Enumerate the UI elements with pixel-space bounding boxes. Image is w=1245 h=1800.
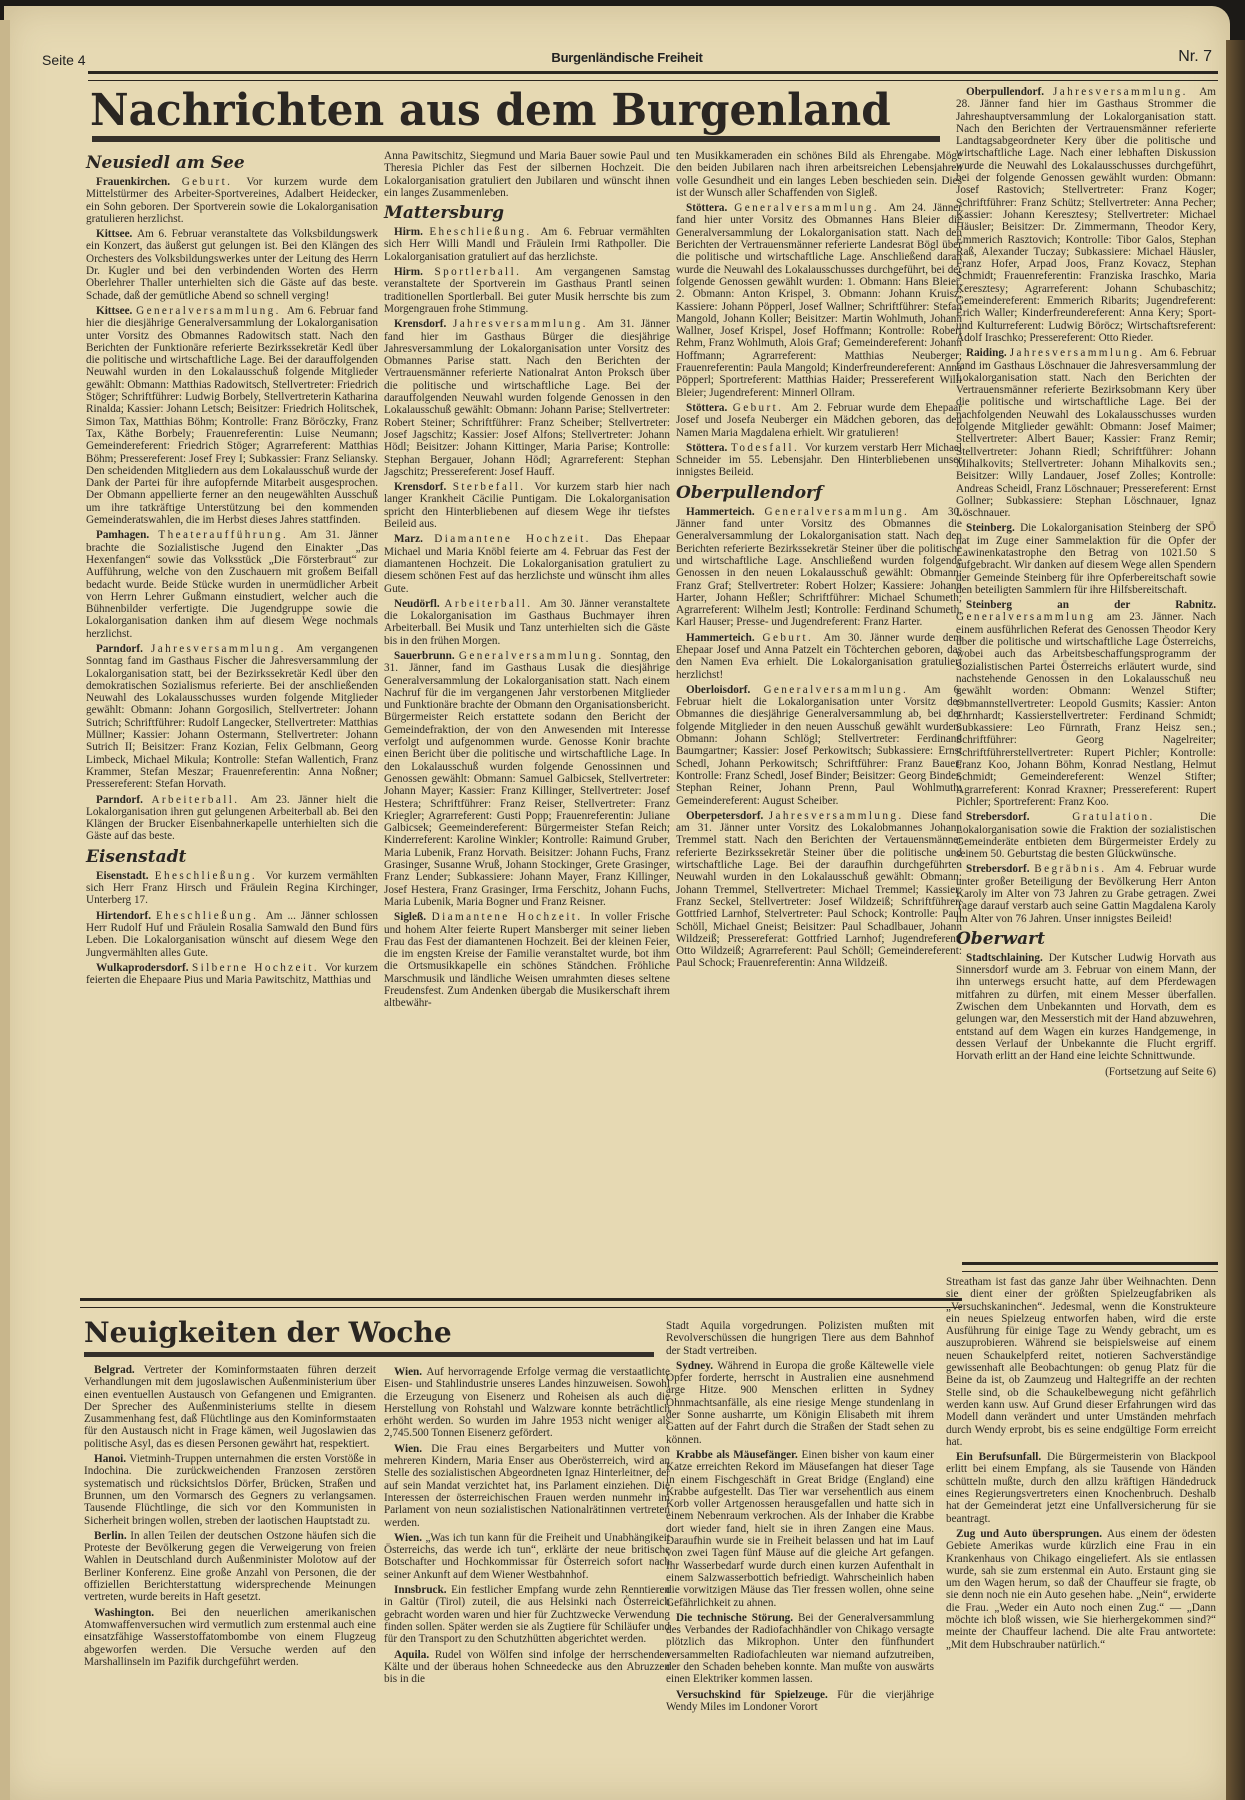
news-item: Hirtendorf. Eheschließung. Am ... Jänner… bbox=[86, 910, 378, 959]
news-item: Wien. Auf hervorragende Erfolge vermag d… bbox=[384, 1366, 670, 1440]
item-place: Hirtendorf. bbox=[96, 910, 156, 922]
item-place: Stadtschlaining. bbox=[966, 952, 1049, 964]
item-kind: Jahresversammlung. bbox=[1010, 347, 1150, 359]
news-title-underline bbox=[84, 1352, 654, 1357]
item-kind: Diamantene Hochzeit. bbox=[434, 533, 604, 545]
page-binding-strip bbox=[0, 20, 10, 1800]
section-title-burgenland: Nachrichten aus dem Burgenland bbox=[90, 86, 891, 136]
news-item: Stöttera. Geburt. Am 2. Februar wurde de… bbox=[676, 402, 962, 439]
item-place: Innsbruck. bbox=[394, 1584, 451, 1596]
news-item: Berlin. In allen Teilen der deutschen Os… bbox=[84, 1530, 376, 1604]
news-item: Krensdorf. Sterbefall. Vor kurzem starb … bbox=[384, 481, 670, 530]
item-place: Sauerbrunn. bbox=[394, 650, 459, 662]
item-kind: Diamantene Hochzeit. bbox=[432, 911, 591, 923]
district-heading: Neusiedl am See bbox=[86, 152, 378, 174]
item-place: Krensdorf. bbox=[394, 481, 453, 493]
news-item: Neudörfl. Arbeiterball. Am 30. Jänner ve… bbox=[384, 598, 670, 647]
section-divider-right bbox=[962, 1262, 1218, 1272]
item-text: Der Kutscher Ludwig Horvath aus Sinnersd… bbox=[956, 952, 1216, 1062]
item-kind: Begräbnis. bbox=[1034, 863, 1113, 875]
item-text: Am 28. Jänner fand hier im Gasthaus Stro… bbox=[956, 86, 1216, 344]
item-place: Parndorf. bbox=[96, 794, 151, 806]
news-item: Oberpetersdorf. Jahresversammlung. Diese… bbox=[676, 810, 962, 970]
item-kind: Sportlerball. bbox=[434, 266, 535, 278]
item-place: Hirm. bbox=[394, 226, 429, 238]
item-place: Wien. bbox=[394, 1532, 425, 1544]
news-item: Sigleß. Diamantene Hochzeit. In voller F… bbox=[384, 911, 670, 1009]
district-heading: Mattersburg bbox=[384, 202, 670, 224]
item-kind: Gratulation. bbox=[1072, 811, 1200, 823]
item-place: Die technische Störung. bbox=[676, 1612, 798, 1624]
item-place: Parndorf. bbox=[96, 643, 151, 655]
item-place: Frauenkirchen. bbox=[96, 176, 182, 188]
news-item: Marz. Diamantene Hochzeit. Das Ehepaar M… bbox=[384, 533, 670, 594]
page-edge-shadow bbox=[1226, 40, 1245, 1800]
item-text: Am 24. Jänner fand hier unter Vorsitz de… bbox=[676, 202, 962, 398]
item-kind: Theateraufführung. bbox=[158, 529, 299, 541]
item-place: Eisenstadt. bbox=[96, 870, 155, 882]
news-item: Parndorf. Jahresversammlung. Am vergange… bbox=[86, 643, 378, 791]
column-oberpullendorf: ten Musikkameraden ein schönes Bild als … bbox=[676, 150, 962, 973]
news-item: Hirm. Sportlerball. Am vergangenen Samst… bbox=[384, 266, 670, 315]
item-kind: Generalversammlung bbox=[956, 611, 1107, 623]
news-item: Krabbe als Mäusefänger. Einen bisher von… bbox=[666, 1449, 934, 1609]
news-item: Stöttera. Todesfall. Vor kurzem verstarb… bbox=[676, 442, 962, 479]
item-place: Hammerteich. bbox=[686, 632, 763, 644]
item-place: Kittsee. bbox=[96, 228, 137, 240]
continued-text: Stadt Aquila vorgedrungen. Polizisten mu… bbox=[666, 1320, 934, 1357]
news-item: Ein Berufsunfall. Die Bürgermeisterin vo… bbox=[946, 1451, 1216, 1525]
item-place: Stöttera. bbox=[686, 442, 731, 454]
column-neusiedl: Neusiedl am SeeFrauenkirchen. Geburt. Vo… bbox=[86, 150, 378, 989]
news-item: Sydney. Während in Europa die große Kält… bbox=[666, 1360, 934, 1446]
item-kind: Eheschließung. bbox=[429, 226, 540, 238]
news-item: Innsbruck. Ein festlicher Empfang wurde … bbox=[384, 1584, 670, 1645]
item-kind: Jahresversammlung. bbox=[769, 810, 912, 822]
item-text: Am 31. Jänner brachte die Sozialistische… bbox=[86, 529, 378, 639]
item-text: Einen bisher von kaum einer Katze erreic… bbox=[666, 1449, 934, 1609]
item-place: Hanoi. bbox=[94, 1453, 129, 1465]
continued-text: ten Musikkameraden ein schönes Bild als … bbox=[676, 150, 962, 199]
item-kind: Eheschließung. bbox=[156, 910, 266, 922]
news-item: Wien. Die Frau eines Bergarbeiters und M… bbox=[384, 1443, 670, 1529]
item-place: Neudörfl. bbox=[394, 598, 444, 610]
news-item: Kittsee. Am 6. Februar veranstaltete das… bbox=[86, 228, 378, 302]
item-kind: Geburt. bbox=[182, 176, 247, 188]
item-text: Am 31. Jänner fand hier im Gasthaus Bürg… bbox=[384, 318, 670, 478]
news-item: Steinberg an der Rabnitz. Generalversamm… bbox=[956, 599, 1216, 808]
item-text: Vertreter der Kominformstaaten führen de… bbox=[84, 1364, 376, 1450]
column-right: Oberpullendorf. Jahresversammlung. Am 28… bbox=[956, 86, 1216, 1078]
item-place: Krensdorf. bbox=[394, 318, 453, 330]
news-item: Hammerteich. Geburt. Am 30. Jänner wurde… bbox=[676, 632, 962, 681]
district-heading: Oberpullendorf bbox=[676, 482, 962, 504]
news-column-4: Streatham ist fast das ganze Jahr über W… bbox=[946, 1276, 1216, 1654]
section-divider bbox=[80, 1298, 962, 1308]
news-item: Versuchskind für Spielzeuge. Für die vie… bbox=[666, 1689, 934, 1714]
news-item: Washington. Bei den neuerlichen amerikan… bbox=[84, 1607, 376, 1668]
item-place: Krabbe als Mäusefänger. bbox=[676, 1449, 802, 1461]
news-item: Raiding. Jahresversammlung. Am 6. Februa… bbox=[956, 347, 1216, 519]
item-kind: Silberne Hochzeit. bbox=[192, 962, 325, 974]
item-place: Steinberg. bbox=[966, 522, 1020, 534]
news-item: Zug und Auto übersprungen. Aus einem der… bbox=[946, 1528, 1216, 1651]
item-text: Während in Europa die große Kältewelle v… bbox=[666, 1360, 934, 1446]
item-place: Aquila. bbox=[394, 1649, 435, 1661]
item-kind: Sterbefall. bbox=[453, 481, 535, 493]
item-kind: Arbeiterball. bbox=[151, 794, 250, 806]
district-heading: Oberwart bbox=[956, 928, 1216, 950]
news-item: Steinberg. Die Lokalorganisation Steinbe… bbox=[956, 522, 1216, 596]
item-text: Sonntag, den 31. Jänner, fand im Gasthau… bbox=[384, 650, 670, 908]
news-item: Sauerbrunn. Generalversammlung. Sonntag,… bbox=[384, 650, 670, 908]
item-place: Strebersdorf. bbox=[966, 863, 1034, 875]
news-item: Hammerteich. Generalversammlung. Am 30. … bbox=[676, 506, 962, 629]
item-kind: Jahresversammlung. bbox=[1053, 86, 1199, 98]
item-place: Hirm. bbox=[394, 266, 434, 278]
item-kind: Arbeiterball. bbox=[444, 598, 539, 610]
item-kind: Eheschließung. bbox=[155, 870, 266, 882]
news-column-2: Wien. Auf hervorragende Erfolge vermag d… bbox=[384, 1366, 670, 1688]
news-item: Parndorf. Arbeiterball. Am 23. Jänner hi… bbox=[86, 794, 378, 843]
issue-number: Nr. 7 bbox=[1178, 48, 1212, 66]
item-text: Am 30. Jänner fand unter Vorsitz des Obm… bbox=[676, 506, 962, 629]
item-kind: Todesfall. bbox=[731, 442, 805, 454]
item-kind: Geburt. bbox=[763, 632, 824, 644]
news-item: Stadtschlaining. Der Kutscher Ludwig Hor… bbox=[956, 952, 1216, 1063]
paper-name: Burgenländische Freiheit bbox=[42, 50, 1212, 65]
news-item: Stöttera. Generalversammlung. Am 24. Jän… bbox=[676, 202, 962, 399]
item-text: Am vergangenen Sonntag fand im Gasthaus … bbox=[86, 643, 378, 790]
continued-text: Streatham ist fast das ganze Jahr über W… bbox=[946, 1276, 1216, 1448]
item-kind: Jahresversammlung. bbox=[453, 318, 597, 330]
item-place: Raiding. bbox=[966, 347, 1010, 359]
news-item: Frauenkirchen. Geburt. Vor kurzem wurde … bbox=[86, 176, 378, 225]
item-kind: Generalversammlung. bbox=[763, 684, 923, 696]
news-column-3: Stadt Aquila vorgedrungen. Polizisten mu… bbox=[666, 1320, 934, 1716]
news-item: Strebersdorf. Begräbnis. Am 4. Februar w… bbox=[956, 863, 1216, 924]
item-text: Diese fand am 31. Jänner unter Vorsitz d… bbox=[676, 810, 962, 970]
news-item: Eisenstadt. Eheschließung. Vor kurzem ve… bbox=[86, 870, 378, 907]
item-place: Oberpetersdorf. bbox=[686, 810, 769, 822]
news-item: Oberpullendorf. Jahresversammlung. Am 28… bbox=[956, 86, 1216, 344]
item-place: Steinberg an der Rabnitz. bbox=[966, 599, 1216, 611]
item-place: Zug und Auto übersprungen. bbox=[956, 1528, 1107, 1540]
news-item: Pamhagen. Theateraufführung. Am 31. Jänn… bbox=[86, 529, 378, 640]
item-place: Marz. bbox=[394, 533, 434, 545]
item-kind: Generalversammlung. bbox=[136, 305, 287, 317]
item-place: Hammerteich. bbox=[686, 506, 764, 518]
item-text: „Was ich tun kann für die Freiheit und U… bbox=[384, 1532, 670, 1581]
item-kind: Generalversammlung. bbox=[734, 202, 888, 214]
item-place: Berlin. bbox=[94, 1530, 130, 1542]
news-item: Belgrad. Vertreter der Kominformstaaten … bbox=[84, 1364, 376, 1450]
item-place: Kittsee. bbox=[96, 305, 136, 317]
news-item: Die technische Störung. Bei der Generalv… bbox=[666, 1612, 934, 1686]
item-place: Versuchskind für Spielzeuge. bbox=[676, 1689, 837, 1701]
item-kind: Jahresversammlung. bbox=[151, 643, 296, 655]
item-place: Wien. bbox=[394, 1443, 431, 1455]
item-text: Am 6. Februar hielt die Lokalorganisatio… bbox=[676, 684, 962, 807]
section-title-underline bbox=[92, 136, 940, 142]
news-item: Wien. „Was ich tun kann für die Freiheit… bbox=[384, 1532, 670, 1581]
news-column-1: Belgrad. Vertreter der Kominformstaaten … bbox=[84, 1364, 376, 1671]
item-kind: Geburt. bbox=[733, 402, 791, 414]
column-mattersburg: Anna Pawitschitz, Siegmund und Maria Bau… bbox=[384, 150, 670, 1013]
item-text: Am 6. Februar fand im Gasthaus Löschnaue… bbox=[956, 347, 1216, 519]
news-item: Strebersdorf. Gratulation. Die Lokalorga… bbox=[956, 811, 1216, 860]
item-text: Am 6. Februar fand hier die diesjährige … bbox=[86, 305, 378, 526]
item-place: Sigleß. bbox=[394, 911, 432, 923]
continuation-note: (Fortsetzung auf Seite 6) bbox=[956, 1066, 1216, 1078]
item-place: Pamhagen. bbox=[96, 529, 158, 541]
news-item: Hirm. Eheschließung. Am 6. Februar vermä… bbox=[384, 226, 670, 263]
item-text: am 23. Jänner. Nach einem ausführlichen … bbox=[956, 611, 1216, 807]
item-place: Stöttera. bbox=[686, 402, 733, 414]
item-place: Belgrad. bbox=[94, 1364, 144, 1376]
item-place: Wulkaprodersdorf. bbox=[96, 962, 192, 974]
masthead: Seite 4 Burgenländische Freiheit Nr. 7 bbox=[42, 48, 1212, 70]
masthead-rule bbox=[88, 71, 1218, 81]
item-place: Oberloisdorf. bbox=[686, 684, 763, 696]
news-item: Wulkaprodersdorf. Silberne Hochzeit. Vor… bbox=[86, 962, 378, 987]
district-heading: Eisenstadt bbox=[86, 846, 378, 868]
item-place: Oberpullendorf. bbox=[966, 86, 1053, 98]
news-item: Kittsee. Generalversammlung. Am 6. Febru… bbox=[86, 305, 378, 526]
item-kind: Generalversammlung. bbox=[459, 650, 610, 662]
item-text: In voller Frische und hohem Alter feiert… bbox=[384, 911, 670, 1009]
news-item: Hanoi. Vietminh-Truppen unternahmen die … bbox=[84, 1453, 376, 1527]
news-item: Krensdorf. Jahresversammlung. Am 31. Jän… bbox=[384, 318, 670, 478]
item-place: Wien. bbox=[394, 1366, 426, 1378]
item-text: Aus einem der ödesten Gebiete Amerikas w… bbox=[946, 1528, 1216, 1651]
news-item: Oberloisdorf. Generalversammlung. Am 6. … bbox=[676, 684, 962, 807]
continued-text: Anna Pawitschitz, Siegmund und Maria Bau… bbox=[384, 150, 670, 199]
item-text: Auf hervorragende Erfolge vermag die ver… bbox=[384, 1366, 670, 1439]
item-place: Ein Berufsunfall. bbox=[956, 1451, 1047, 1463]
item-place: Strebersdorf. bbox=[966, 811, 1072, 823]
item-text: Die Frau eines Bergarbeiters und Mutter … bbox=[384, 1443, 670, 1529]
news-item: Aquila. Rudel von Wölfen sind infolge de… bbox=[384, 1649, 670, 1686]
section-title-news: Neuigkeiten der Woche bbox=[84, 1316, 452, 1350]
item-place: Stöttera. bbox=[686, 202, 734, 214]
item-kind: Generalversammlung. bbox=[764, 506, 921, 518]
item-place: Sydney. bbox=[676, 1360, 717, 1372]
item-place: Washington. bbox=[94, 1607, 171, 1619]
